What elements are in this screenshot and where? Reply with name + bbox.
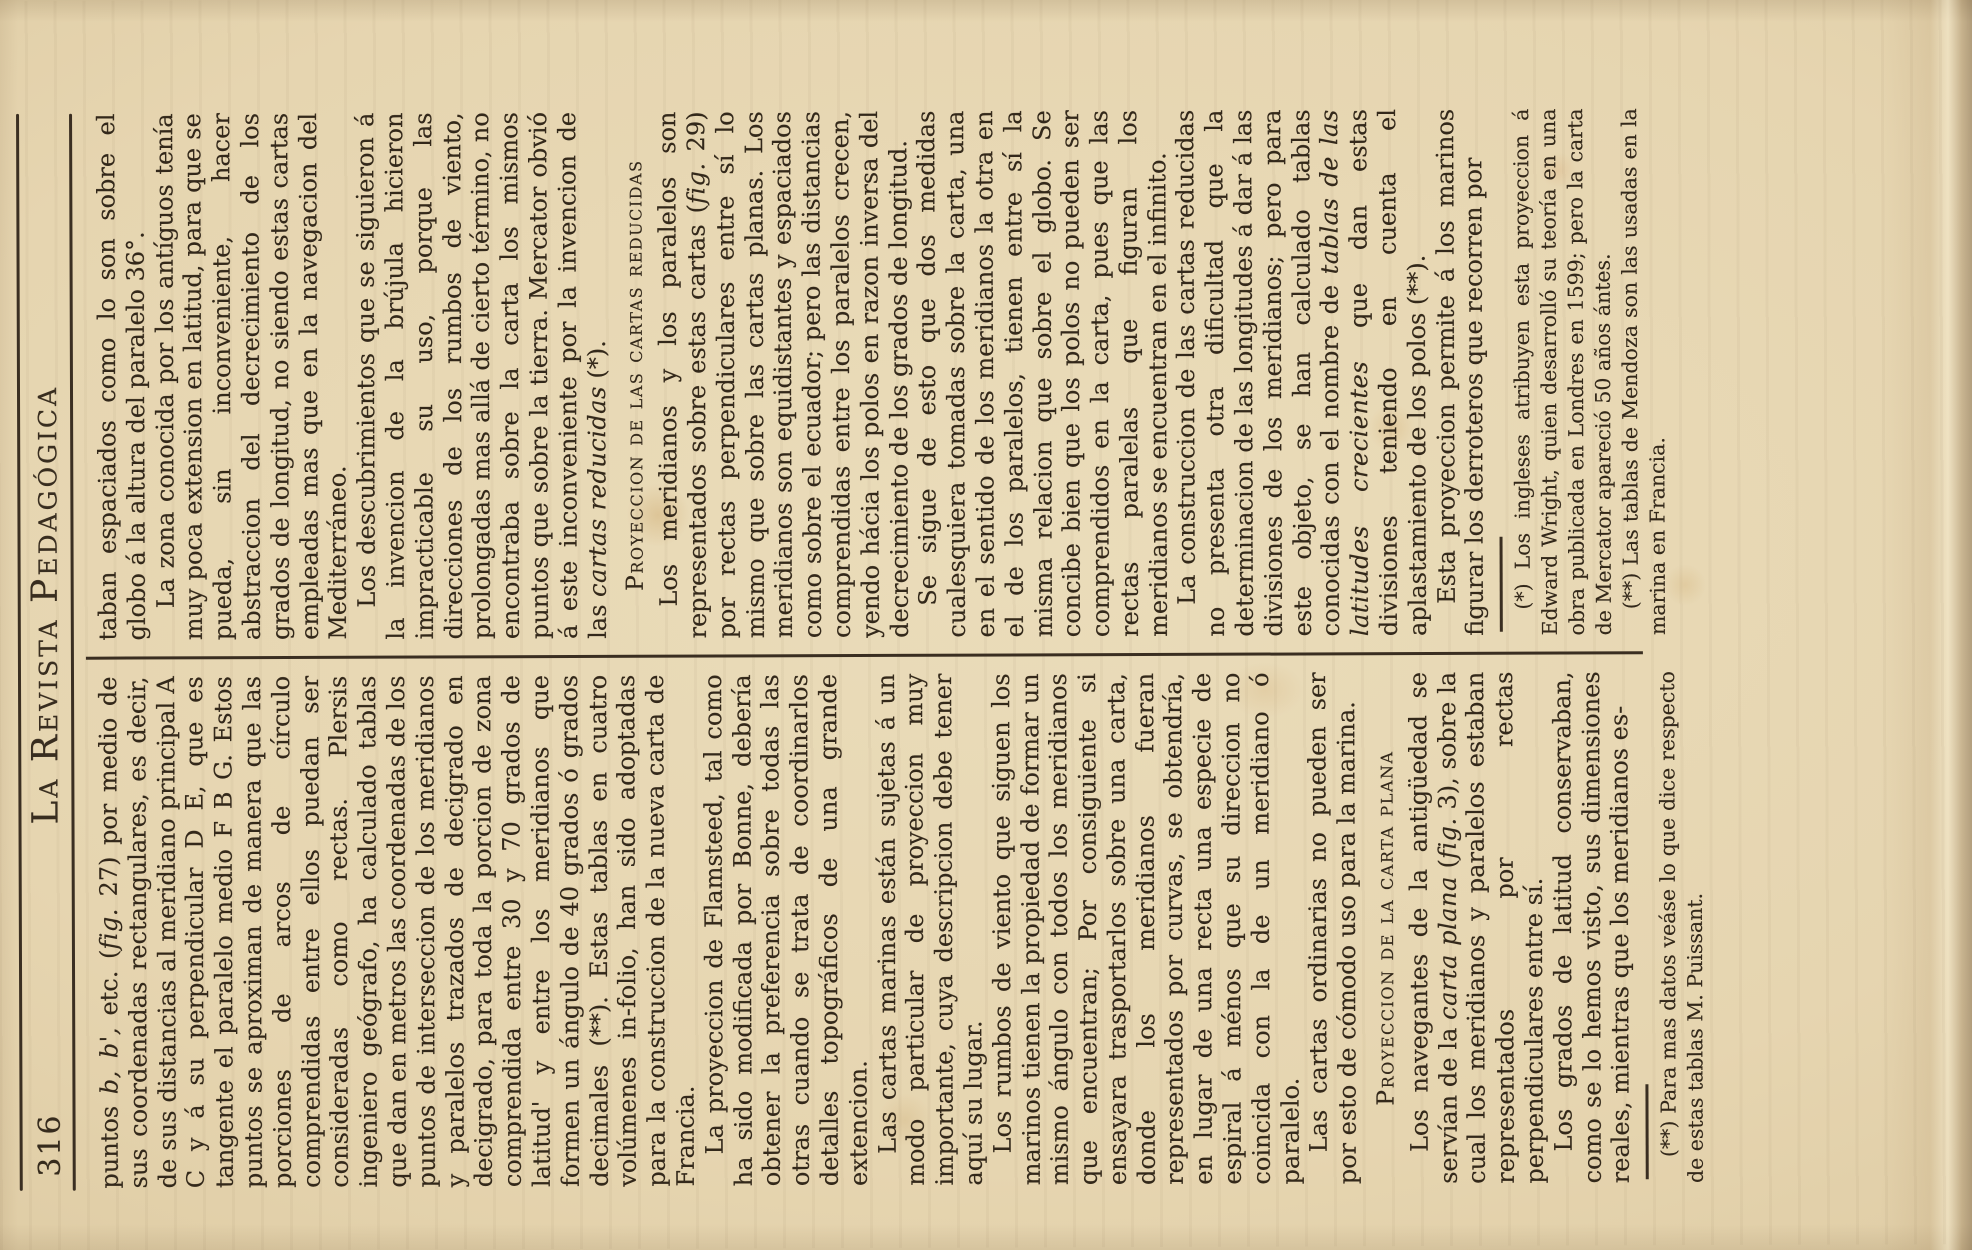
- paragraph: Los grados de latitud conservaban, como …: [1548, 671, 1636, 1183]
- section-heading: Proyeccion de las cartas reducidas: [619, 112, 650, 639]
- paragraph: Los meridianos y los paralelos son repre…: [653, 111, 914, 639]
- journal-title: La Revista Pedagógica: [23, 114, 68, 1191]
- paragraph: Los descubrimientos que se siguieron á l…: [351, 112, 612, 640]
- paragraph: Los navegantes de la antigüedad se serví…: [1404, 672, 1550, 1184]
- footnote-separator: [1646, 1084, 1649, 1179]
- footnote-separator: [1500, 537, 1503, 632]
- paragraph: taban espaciados como lo son sobre el gl…: [92, 113, 151, 640]
- column-right: taban espaciados como lo son sobre el gl…: [92, 108, 1672, 641]
- column-divider: [86, 652, 1643, 660]
- paragraph: Las cartas marinas están sujetas á un mo…: [872, 674, 989, 1186]
- footnote: (**) Para mas datos veáse lo que dice re…: [1654, 671, 1710, 1183]
- paragraph: puntos b, b', etc. (fig. 27) por medio d…: [94, 675, 701, 1189]
- column-left: puntos b, b', etc. (fig. 27) por medio d…: [94, 671, 1710, 1189]
- paragraph: Los rumbos de viento que siguen los mari…: [987, 672, 1306, 1185]
- paragraph: La proyeccion de Flamsteed, tal como ha …: [699, 674, 874, 1187]
- page-rotated-content: 316 La Revista Pedagógica puntos b, b', …: [0, 0, 1972, 1250]
- paragraph: La construccion de las cartas reducidas …: [1172, 109, 1433, 637]
- paragraph: Las cartas ordinarias no pueden ser por …: [1303, 672, 1362, 1184]
- paragraph: Esta proyeccion permite á los marinos fi…: [1431, 109, 1490, 636]
- paragraph: La zona conocida por los antíguos tenía …: [150, 113, 353, 641]
- footnote: (*) Los ingleses atribuyen esta proyecci…: [1508, 108, 1618, 635]
- section-heading: Proyeccion de la carta plana: [1370, 672, 1401, 1184]
- footnote: (**) Las tablas de Mendoza son las usada…: [1616, 108, 1672, 635]
- page-header: 316 La Revista Pedagógica: [21, 114, 71, 1191]
- paragraph: Se sigue de esto que dos medidas cualesq…: [912, 110, 1173, 638]
- scanned-page: 316 La Revista Pedagógica puntos b, b', …: [0, 0, 1972, 1250]
